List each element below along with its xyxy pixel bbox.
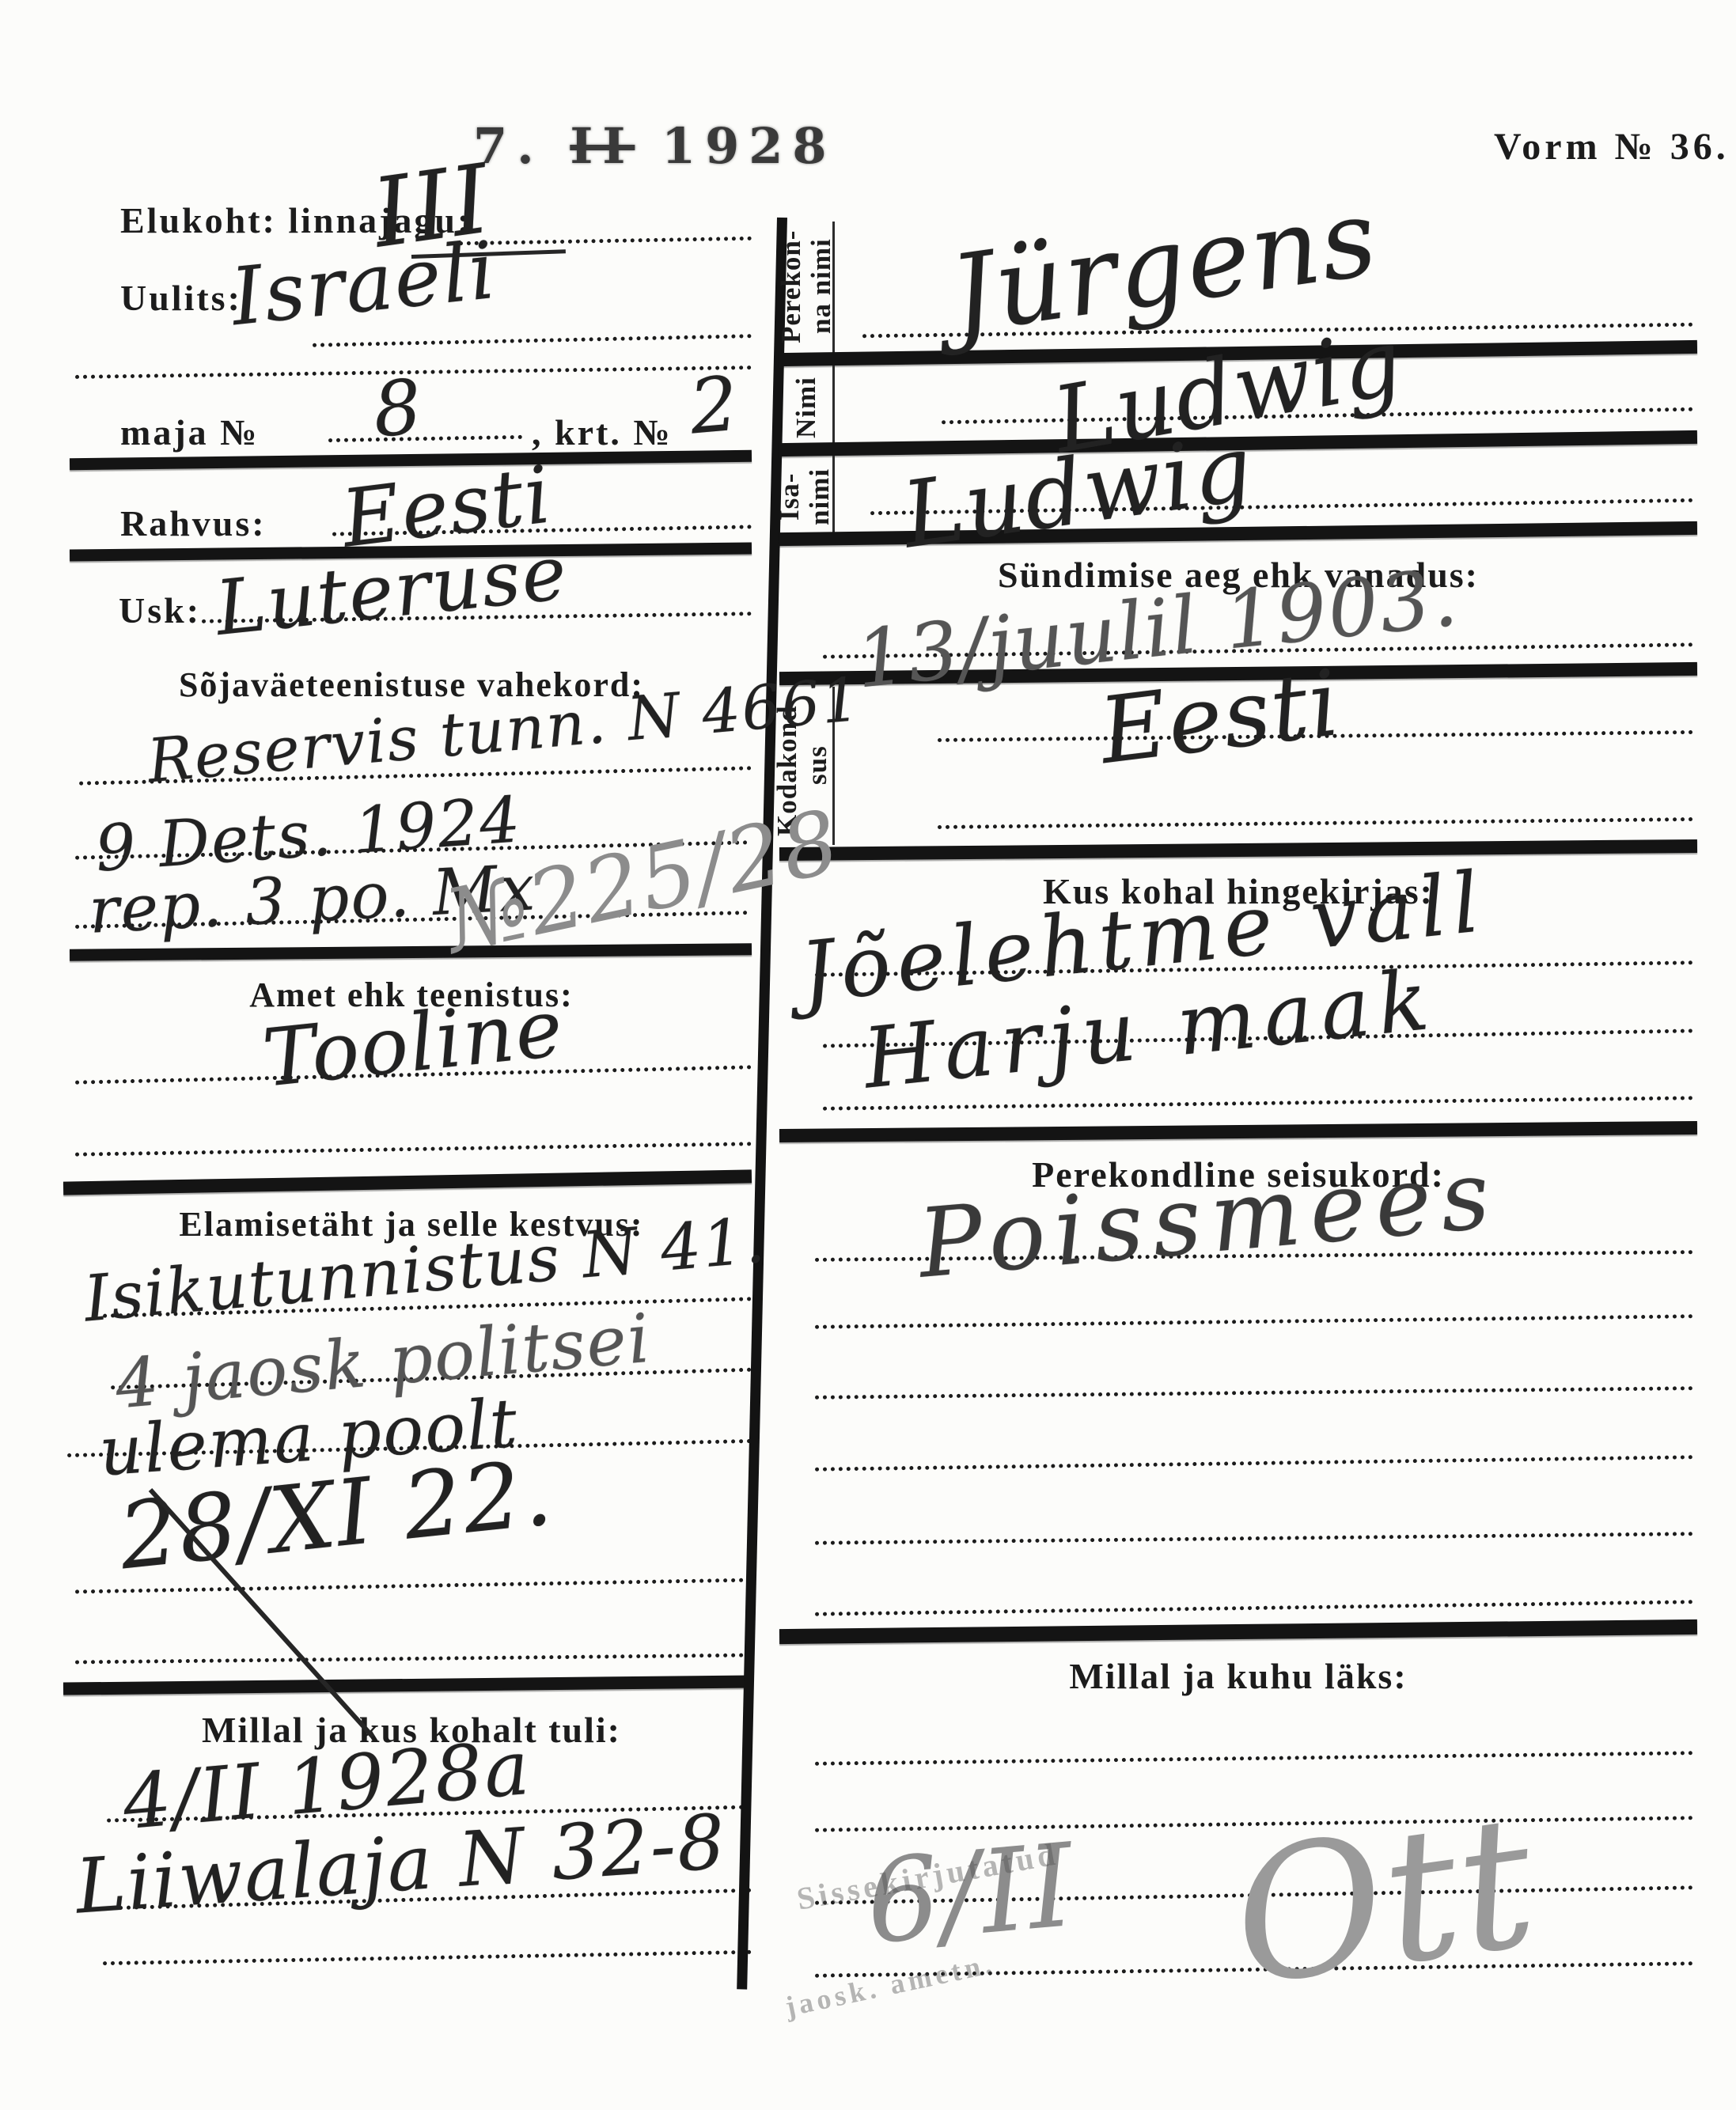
handwritten-krt-value: 2 <box>686 360 743 451</box>
field-label-uulits: Uulits: <box>120 277 242 319</box>
section-rule <box>63 1169 752 1195</box>
handwritten-uulits-value: Israeli <box>227 224 501 343</box>
dotted-line <box>815 1751 1693 1766</box>
handwritten-maja-value: 8 <box>370 363 426 454</box>
date-stamp-year: 1928 <box>661 117 836 175</box>
section-rule <box>70 943 752 961</box>
dotted-line <box>75 1142 752 1156</box>
dotted-line <box>815 1386 1693 1400</box>
dotted-line <box>938 817 1693 829</box>
label-separator-line <box>832 366 835 449</box>
section-rule <box>779 1121 1697 1142</box>
dotted-line <box>815 1600 1693 1616</box>
form-number: Vorm № 36. <box>1494 125 1730 169</box>
handwritten-isanimi-value: Ludwig <box>896 415 1260 570</box>
section-rule <box>779 1619 1697 1644</box>
section-header-laks: Millal ja kuhu läks: <box>779 1655 1697 1697</box>
section-rule <box>779 839 1697 861</box>
vertical-label-perekonnanimi: Perekon- na nimi <box>783 223 829 350</box>
dotted-line <box>815 1455 1693 1471</box>
vertical-label-isanimi: Isa- nimi <box>782 457 828 536</box>
dotted-line <box>815 1532 1693 1545</box>
field-label-maja: maja № <box>120 411 259 453</box>
date-stamp: 7. II 1928 <box>473 117 836 175</box>
vertical-label-nimi: Nimi <box>790 368 823 447</box>
official-signature: Ott <box>1221 1776 1548 2027</box>
dotted-line <box>313 334 752 347</box>
registration-card: 7. II 1928 Vorm № 36. Elukoht: linnajagu… <box>0 0 1736 2110</box>
dotted-line <box>75 1654 752 1665</box>
dotted-line <box>459 237 752 245</box>
field-label-krt: , krt. № <box>532 411 673 453</box>
dotted-line <box>103 1950 752 1965</box>
field-label-rahvus: Rahvus: <box>120 502 267 544</box>
date-stamp-month: II <box>570 117 635 175</box>
field-label-usk: Usk: <box>119 589 201 631</box>
section-rule <box>63 1675 752 1695</box>
dotted-line <box>815 1314 1693 1329</box>
